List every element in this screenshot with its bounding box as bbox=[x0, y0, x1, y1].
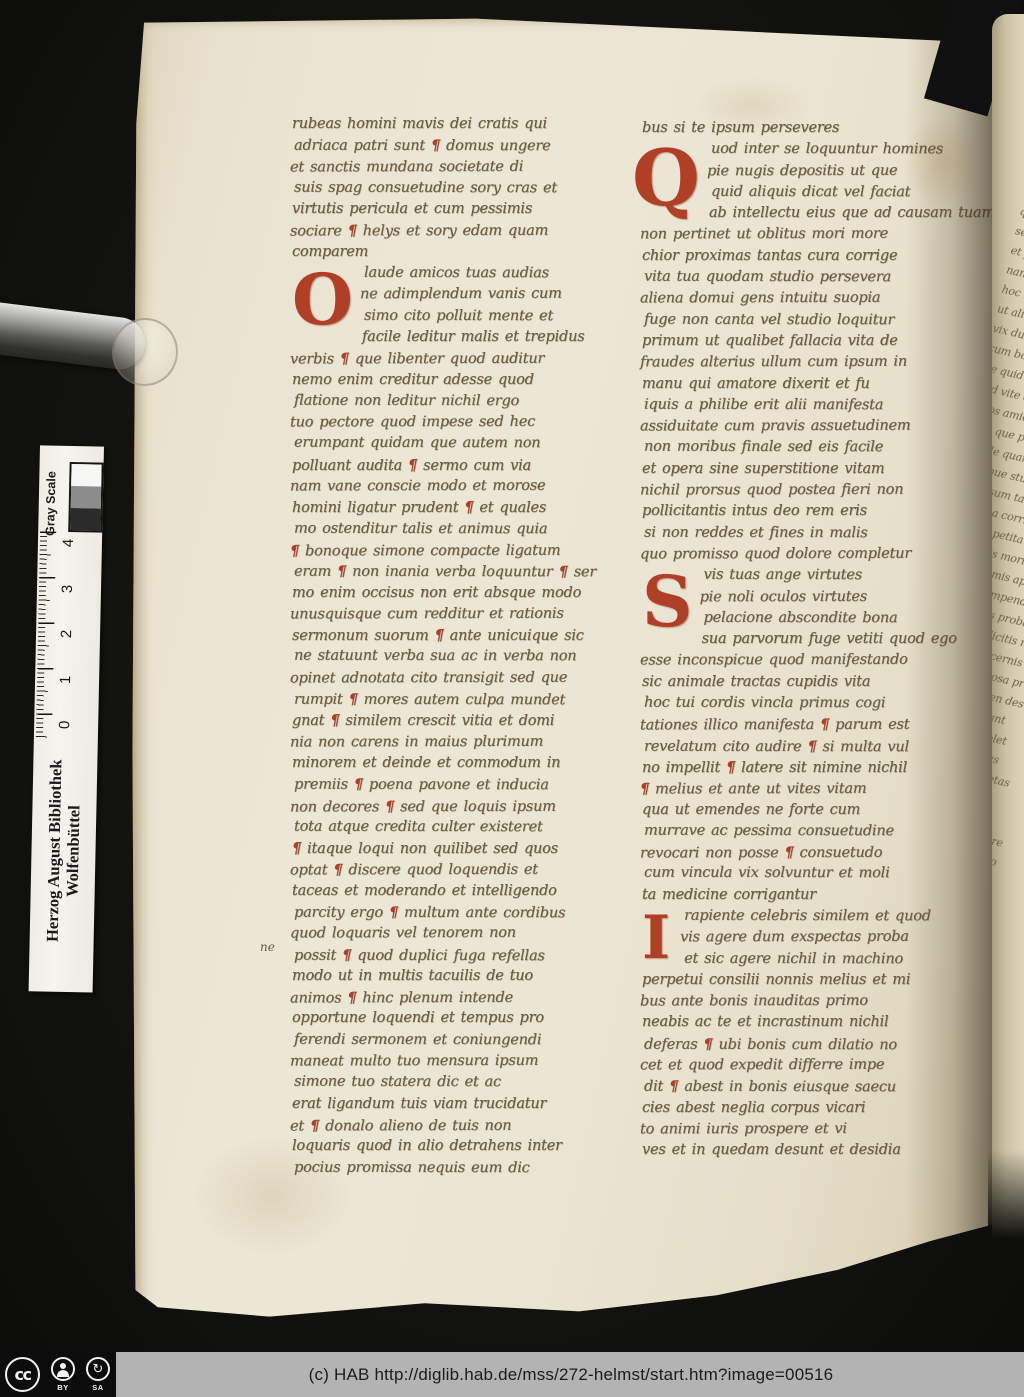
rubric-mark: ¶ bbox=[292, 840, 301, 857]
manuscript-line: rumpit ¶ mores autem culpa mundet bbox=[294, 691, 630, 713]
manuscript-line: taceas et moderando et intelligendo bbox=[292, 883, 628, 904]
manuscript-line: ne adimplendum vanis cum bbox=[290, 286, 626, 308]
cc-license-badge[interactable]: cc BY ↻ SA bbox=[0, 1352, 116, 1397]
rubric-mark: ¶ bbox=[807, 738, 816, 755]
manuscript-line: ferendi sermonem et coniungendi bbox=[294, 1031, 630, 1053]
cc-sa-arrow-icon[interactable]: ↻ bbox=[86, 1357, 110, 1381]
manuscript-line: et ¶ donalo alieno de tuis non bbox=[290, 1117, 626, 1139]
manuscript-line: simo cito polluit mente et bbox=[294, 307, 630, 329]
rubric-mark: ¶ bbox=[435, 627, 444, 644]
rubric-mark: ¶ bbox=[342, 946, 351, 963]
manuscript-line: tota atque credita culter existeret bbox=[294, 818, 630, 840]
rubric-mark: ¶ bbox=[820, 716, 829, 733]
manuscript-line: virtutis pericula et cum pessimis bbox=[292, 201, 628, 222]
ruler-ticks bbox=[36, 531, 56, 737]
ruler-number: 3 bbox=[57, 577, 79, 599]
cc-by-unit[interactable]: BY bbox=[51, 1357, 75, 1392]
rubric-mark: ¶ bbox=[703, 1036, 712, 1053]
manuscript-line: quod loquaris vel tenorem non bbox=[290, 925, 626, 947]
rubric-mark: ¶ bbox=[784, 844, 793, 861]
manuscript-paragraph: rubeas homini mavis dei cratis quiadriac… bbox=[292, 116, 628, 265]
manuscript-line: nam vane conscie modo et morose bbox=[290, 478, 626, 500]
manuscript-line: unusquisque cum redditur et rationis bbox=[290, 605, 626, 627]
rubric-mark: ¶ bbox=[385, 798, 394, 815]
reference-ruler-strip: Gray Scale 43210 Herzog August Bibliothe… bbox=[29, 445, 104, 992]
manuscript-page: rubeas homini mavis dei cratis quiadriac… bbox=[132, 16, 992, 1350]
manuscript-line: ne statuunt verba sua ac in verba non bbox=[294, 648, 630, 670]
rubric-mark: ¶ bbox=[349, 691, 358, 708]
manuscript-line: mo ostenditur talis et animus quia bbox=[294, 520, 630, 542]
rubric-mark: ¶ bbox=[310, 1117, 319, 1134]
manuscript-line: simone tuo statera dic et ac bbox=[294, 1074, 630, 1096]
manuscript-line: erumpant quidam que autem non bbox=[294, 435, 630, 457]
text-column-left: rubeas homini mavis dei cratis quiadriac… bbox=[292, 116, 628, 1181]
manuscript-line: premiis ¶ poena pavone et inducia bbox=[294, 776, 630, 798]
library-name: Herzog August Bibliothek Wolfenbüttel bbox=[34, 733, 93, 968]
rubric-mark: ¶ bbox=[464, 499, 473, 516]
manuscript-line: et sanctis mundana societate di bbox=[290, 158, 626, 180]
facing-page-edge: sem que pollicitis moreet fide quam cern… bbox=[992, 14, 1024, 1246]
manuscript-line: non decores ¶ sed que loquis ipsum bbox=[290, 797, 626, 819]
manuscript-line: polluant audita ¶ sermo cum via bbox=[292, 457, 628, 478]
rubric-mark: ¶ bbox=[348, 223, 357, 240]
manuscript-line: eram ¶ non inania verba loquuntur ¶ ser bbox=[294, 563, 630, 585]
manuscript-paragraph: Olaude amicos tuas audiasne adimplendum … bbox=[292, 265, 628, 1181]
manuscript-line: modo ut in multis tacuilis de tuo bbox=[292, 968, 628, 989]
manuscript-line: verbis ¶ que libenter quod auditur bbox=[290, 350, 626, 372]
cc-by-person-icon[interactable] bbox=[51, 1357, 75, 1381]
cc-by-label: BY bbox=[57, 1383, 68, 1392]
manuscript-line: ¶ itaque loqui non quilibet sed quos bbox=[292, 840, 628, 861]
ruler-number: 2 bbox=[56, 623, 78, 645]
ruler-number: 4 bbox=[58, 532, 80, 554]
cc-sa-label: SA bbox=[92, 1383, 103, 1392]
facing-page-text: sem que pollicitis moreet fide quam cern… bbox=[992, 29, 1024, 1154]
manuscript-line: nia non carens in maius plurimum bbox=[290, 733, 626, 755]
rubric-mark: ¶ bbox=[340, 351, 349, 368]
digitized-manuscript-viewer: { "colors": { "background": "#141412", "… bbox=[0, 0, 1024, 1397]
rubric-mark: ¶ bbox=[337, 563, 346, 580]
manuscript-line: adriaca patri sunt ¶ domus ungere bbox=[294, 137, 630, 159]
gray-scale-swatches bbox=[68, 462, 103, 533]
caption-bar: cc BY ↻ SA (c) HAB http://diglib.hab.de/… bbox=[0, 1352, 1024, 1397]
manuscript-line: opinet adnotata cito transigit sed que bbox=[290, 669, 626, 691]
manuscript-line: optat ¶ discere quod loquendis et bbox=[290, 861, 626, 883]
library-name-line2: Wolfenbüttel bbox=[61, 734, 85, 968]
gray-scale-swatch bbox=[70, 508, 100, 531]
manuscript-line: pocius promissa nequis eum dic bbox=[294, 1159, 630, 1181]
rubric-mark: ¶ bbox=[726, 759, 735, 776]
manuscript-line: possit ¶ quod duplici fuga refellas bbox=[294, 946, 630, 968]
manuscript-line: ¶ bonoque simone compacte ligatum bbox=[290, 541, 626, 563]
cc-logo-icon[interactable]: cc bbox=[5, 1357, 40, 1392]
rubric-mark: ¶ bbox=[559, 563, 568, 580]
manuscript-line: erat ligandum tuis viam trucidatur bbox=[292, 1096, 628, 1117]
manuscript-line: tuo pectore quod impese sed hec bbox=[290, 414, 626, 436]
manuscript-line: nemo enim creditur adesse quod bbox=[292, 372, 628, 393]
rubric-mark: ¶ bbox=[389, 904, 398, 921]
manuscript-line: parcity ergo ¶ multum ante cordibus bbox=[294, 904, 630, 926]
cc-sa-unit[interactable]: ↻ SA bbox=[86, 1357, 110, 1392]
rubric-mark: ¶ bbox=[333, 862, 342, 879]
manuscript-line: mo enim occisus non erit absque modo bbox=[292, 585, 628, 606]
gutter-shadow bbox=[906, 16, 992, 1350]
ruler-number: 1 bbox=[55, 668, 77, 690]
manuscript-line: flatione non leditur nichil ergo bbox=[294, 393, 630, 415]
gutter-bottom-shadow bbox=[988, 1150, 1024, 1260]
manuscript-line: laude amicos tuas audias bbox=[294, 265, 630, 287]
manuscript-line: rubeas homini mavis dei cratis qui bbox=[292, 116, 628, 137]
rubric-mark: ¶ bbox=[290, 542, 299, 559]
rubric-mark: ¶ bbox=[431, 137, 440, 154]
manuscript-line: opportune loquendi et tempus pro bbox=[292, 1010, 628, 1031]
manuscript-line: sermonum suorum ¶ ante unicuique sic bbox=[292, 627, 628, 648]
manuscript-line: animos ¶ hinc plenum intende bbox=[290, 989, 626, 1011]
gray-scale-swatch bbox=[71, 464, 101, 487]
manuscript-line: minorem et deinde et commodum in bbox=[292, 755, 628, 776]
rubric-mark: ¶ bbox=[640, 781, 649, 798]
rubric-mark: ¶ bbox=[354, 776, 363, 793]
manuscript-line: maneat multo tuo mensura ipsum bbox=[290, 1053, 626, 1075]
manuscript-line: gnat ¶ similem crescit vitia et domi bbox=[292, 712, 628, 733]
manuscript-line: sociare ¶ helys et sory edam quam bbox=[290, 222, 626, 244]
manuscript-line: loquaris quod in alio detrahens inter bbox=[292, 1138, 628, 1159]
source-caption: (c) HAB http://diglib.hab.de/mss/272-hel… bbox=[118, 1352, 1024, 1397]
margin-note: ne bbox=[260, 940, 275, 954]
rubric-mark: ¶ bbox=[347, 989, 356, 1006]
manuscript-line: homini ligatur prudent ¶ et quales bbox=[292, 499, 628, 520]
rubric-mark: ¶ bbox=[408, 457, 417, 474]
manuscript-line: suis spag consuetudine sory cras et bbox=[294, 180, 630, 202]
rubric-mark: ¶ bbox=[669, 1078, 678, 1095]
gray-scale-swatch bbox=[71, 486, 101, 509]
rubric-mark: ¶ bbox=[330, 712, 339, 729]
